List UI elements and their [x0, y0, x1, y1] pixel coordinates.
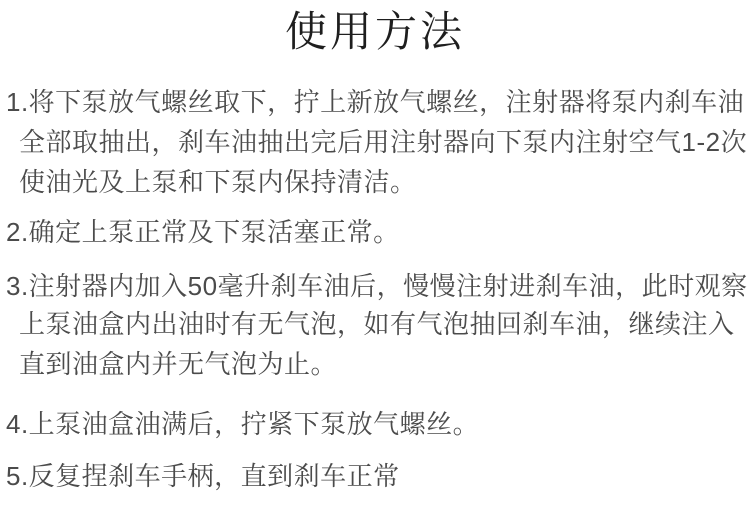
instruction-5-line-1: 5.反复捏刹车手柄，直到刹车正常: [6, 463, 400, 489]
instruction-1-line-2: 全部取抽出，刹车油抽出完后用注射器向下泵内注射空气1-2次: [19, 129, 747, 155]
instruction-1-line-1: 1.将下泵放气螺丝取下，拧上新放气螺丝，注射器将泵内刹车油: [6, 89, 744, 115]
page-title: 使用方法: [0, 8, 750, 56]
instruction-4-line-1: 4.上泵油盒油满后，拧紧下泵放气螺丝。: [6, 411, 479, 437]
instruction-1-line-3: 使油光及上泵和下泵内保持清洁。: [19, 169, 417, 195]
instruction-3-line-3: 直到油盒内并无气泡为止。: [19, 351, 337, 377]
usage-instructions-page: 使用方法 1.将下泵放气螺丝取下，拧上新放气螺丝，注射器将泵内刹车油 全部取抽出…: [0, 0, 750, 526]
instruction-3-line-2: 上泵油盒内出油时有无气泡，如有气泡抽回刹车油，继续注入: [19, 311, 735, 337]
instruction-2-line-1: 2.确定上泵正常及下泵活塞正常。: [6, 219, 400, 245]
instruction-3-line-1: 3.注射器内加入50毫升刹车油后，慢慢注射进刹车油，此时观察: [6, 273, 748, 299]
